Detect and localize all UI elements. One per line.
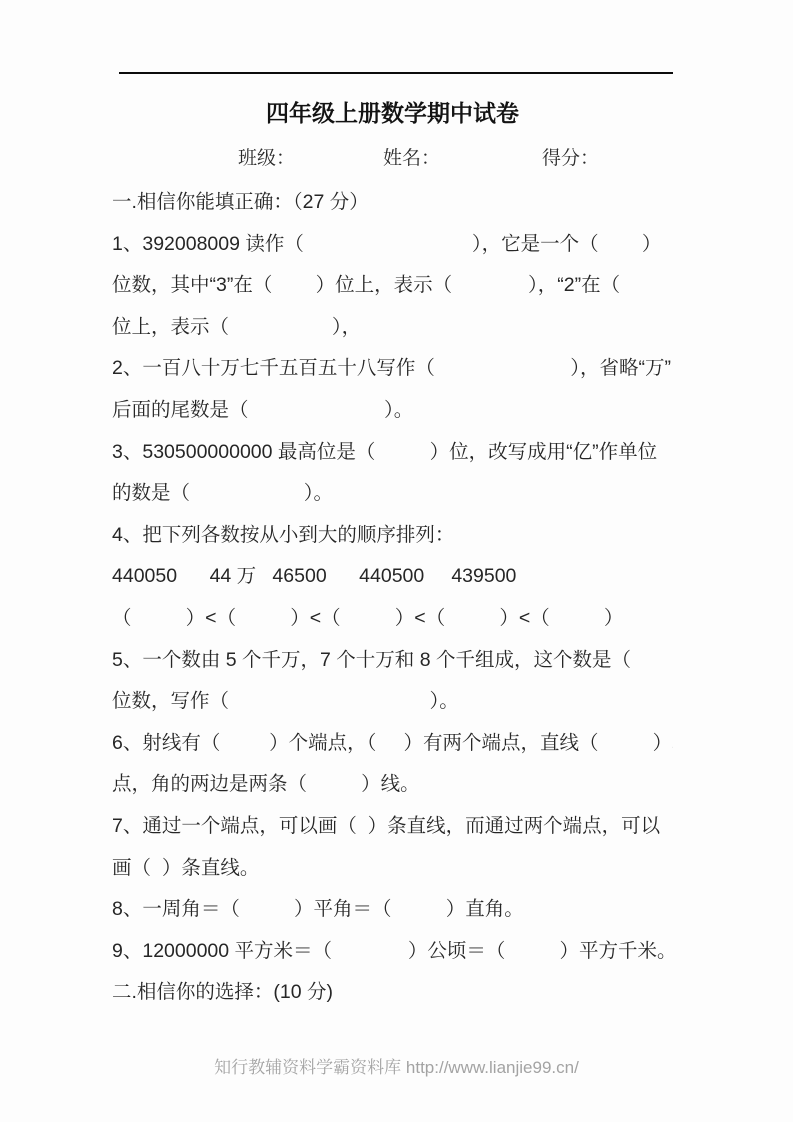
question-4-line-1: 4、把下列各数按从小到大的顺序排列：	[112, 515, 673, 557]
section-2-heading: 二.相信你的选择：(10 分)	[112, 972, 673, 1014]
question-6-line-1: 6、射线有（ ）个端点，（ ）有两个端点，直线（ ）端	[112, 723, 673, 765]
question-5-line-1: 5、一个数由 5 个千万，7 个十万和 8 个千组成，这个数是（ ）	[112, 640, 673, 682]
question-7-line-1: 7、通过一个端点，可以画（ ）条直线，而通过两个端点，可以	[112, 806, 673, 848]
question-9-line-1: 9、12000000 平方米＝（ ）公顷＝（ ）平方千米。	[112, 931, 673, 973]
exam-body: 一.相信你能填正确：（27 分） 1、392008009 读作（ ），它是一个（…	[112, 172, 673, 1014]
question-2-line-2: 后面的尾数是（ ）。	[112, 390, 673, 432]
question-4-answer-blanks: （ ）<（ ）<（ ）<（ ）<（ ）	[112, 598, 673, 640]
exam-page: 四年级上册数学期中试卷 班级： 姓名： 得分： 一.相信你能填正确：（27 分）…	[0, 0, 673, 1014]
exam-title: 四年级上册数学期中试卷	[112, 0, 673, 128]
question-2-line-1: 2、一百八十万七千五百五十八写作（ ），省略“万”	[112, 348, 673, 390]
question-6-line-2: 点，角的两边是两条（ ）线。	[112, 764, 673, 806]
header-rule-divider	[119, 72, 673, 74]
question-1-line-2: 位数，其中“3”在（ ）位上，表示（ ），“2”在（ ）	[112, 265, 673, 307]
question-7-line-2: 画（ ）条直线。	[112, 848, 673, 890]
name-field-label: 姓名：	[383, 146, 440, 172]
footer-watermark: 知行教辅资料学霸资料库 http://www.lianjie99.cn/	[0, 1058, 793, 1078]
section-1-heading: 一.相信你能填正确：（27 分）	[112, 182, 673, 224]
question-4-numbers: 440050 44 万 46500 440500 439500	[112, 556, 673, 598]
question-3-line-2: 的数是（ ）。	[112, 473, 673, 515]
question-8-line-1: 8、一周角＝（ ）平角＝（ ）直角。	[112, 889, 673, 931]
question-3-line-1: 3、530500000000 最高位是（ ）位，改写成用“亿”作单位	[112, 432, 673, 474]
question-1-line-3: 位上，表示（ ），	[112, 307, 673, 349]
question-5-line-2: 位数，写作（ ）。	[112, 681, 673, 723]
student-info-row: 班级： 姓名： 得分：	[112, 146, 673, 172]
score-field-label: 得分：	[542, 146, 599, 172]
class-field-label: 班级：	[238, 146, 295, 172]
question-1-line-1: 1、392008009 读作（ ），它是一个（ ）	[112, 224, 673, 266]
